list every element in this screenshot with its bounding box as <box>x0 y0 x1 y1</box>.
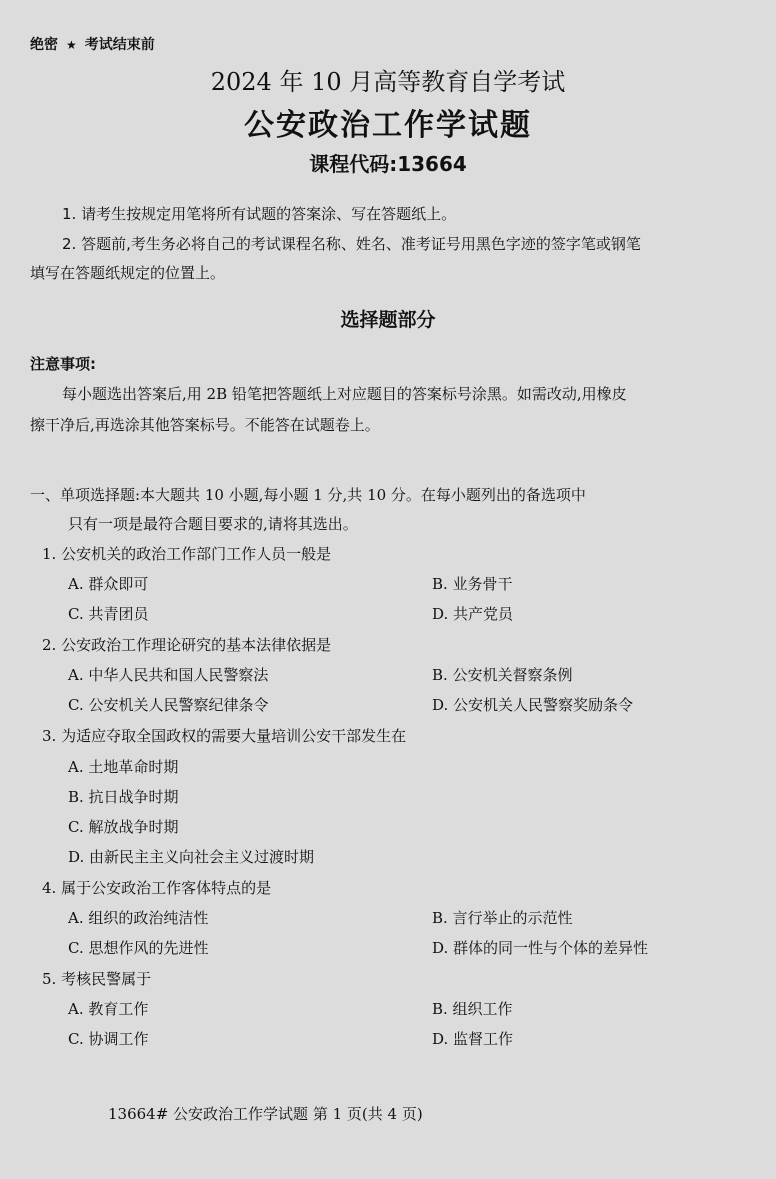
question-4-option-c: C. 思想作风的先进性 <box>68 937 208 958</box>
question-5-stem: 5. 考核民警属于 <box>42 968 151 989</box>
before-exam-end-label: 考试结束前 <box>85 37 155 53</box>
confidential-label: 绝密 <box>30 37 58 53</box>
question-2-option-b: B. 公安机关督察条例 <box>432 664 573 685</box>
question-1-option-d: D. 共产党员 <box>432 603 513 624</box>
question-4-option-a: A. 组织的政治纯洁性 <box>68 907 208 928</box>
paper-title: 公安政治工作学试题 <box>0 100 776 144</box>
instruction-1: 1. 请考生按规定用笔将所有试题的答案涂、写在答题纸上。 <box>62 203 456 224</box>
question-3-option-b: B. 抗日战争时期 <box>68 786 179 807</box>
question-4-option-b: B. 言行举止的示范性 <box>432 907 573 928</box>
question-4-option-d: D. 群体的同一性与个体的差异性 <box>432 937 648 958</box>
question-3-option-c: C. 解放战争时期 <box>68 816 178 837</box>
confidential-mark: 绝密★考试结束前 <box>30 34 155 54</box>
star-icon: ★ <box>66 38 77 52</box>
part-one-heading: 一、单项选择题:本大题共 10 小题,每小题 1 分,共 10 分。在每小题列出… <box>30 484 586 505</box>
question-5-option-d: D. 监督工作 <box>432 1028 513 1049</box>
instruction-2-cont: 填写在答题纸规定的位置上。 <box>30 262 225 283</box>
question-5-option-a: A. 教育工作 <box>68 998 148 1019</box>
section-title: 选择题部分 <box>0 305 776 332</box>
instruction-2: 2. 答题前,考生务必将自己的考试课程名称、姓名、准考证号用黑色字迹的签字笔或钢… <box>62 233 641 254</box>
question-3-stem: 3. 为适应夺取全国政权的需要大量培训公安干部发生在 <box>42 725 406 746</box>
question-3-option-d: D. 由新民主主义向社会主义过渡时期 <box>68 846 314 867</box>
part-one-heading-cont: 只有一项是最符合题目要求的,请将其选出。 <box>68 513 358 534</box>
question-1-option-b: B. 业务骨干 <box>432 573 513 594</box>
exam-title: 2024 年 10 月高等教育自学考试 <box>0 62 776 97</box>
notice-line-1: 每小题选出答案后,用 2B 铅笔把答题纸上对应题目的答案标号涂黑。如需改动,用橡… <box>62 383 627 404</box>
question-1-option-c: C. 共青团员 <box>68 603 148 624</box>
notice-line-2: 擦干净后,再选涂其他答案标号。不能答在试题卷上。 <box>30 414 380 435</box>
question-2-option-a: A. 中华人民共和国人民警察法 <box>68 664 268 685</box>
question-1-option-a: A. 群众即可 <box>68 573 148 594</box>
notice-label: 注意事项: <box>30 353 96 374</box>
question-3-option-a: A. 土地革命时期 <box>68 756 178 777</box>
question-5-option-b: B. 组织工作 <box>432 998 513 1019</box>
question-4-stem: 4. 属于公安政治工作客体特点的是 <box>42 877 271 898</box>
question-2-stem: 2. 公安政治工作理论研究的基本法律依据是 <box>42 634 331 655</box>
course-code: 课程代码:13664 <box>0 148 776 177</box>
question-2-option-c: C. 公安机关人民警察纪律条令 <box>68 694 268 715</box>
page-footer: 13664# 公安政治工作学试题 第 1 页(共 4 页) <box>108 1103 423 1124</box>
question-2-option-d: D. 公安机关人民警察奖励条令 <box>432 694 633 715</box>
question-5-option-c: C. 协调工作 <box>68 1028 148 1049</box>
question-1-stem: 1. 公安机关的政治工作部门工作人员一般是 <box>42 543 331 564</box>
